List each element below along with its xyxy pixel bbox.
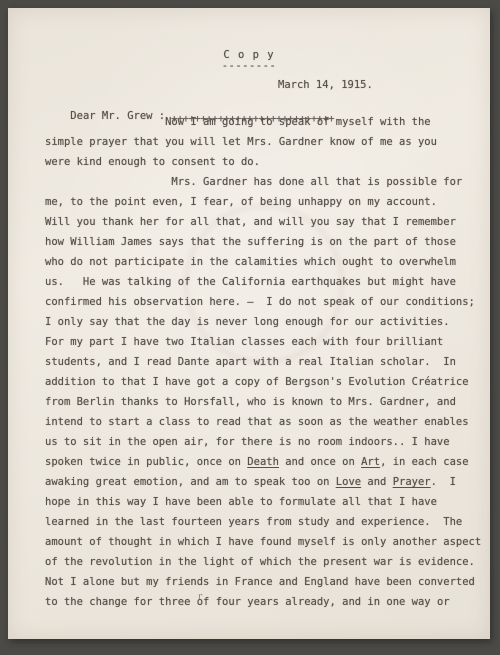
underlined-word: Love <box>336 476 361 488</box>
letter-line: learned in the last fourteen years from … <box>45 512 485 532</box>
letter-line: of the revolution in the light of which … <box>45 552 485 572</box>
letter-line: to the change for three ofr four years a… <box>45 592 485 612</box>
letter-line: hope in this way I have been able to for… <box>45 492 485 512</box>
letter-line: confirmed his observation here. — I do n… <box>45 292 485 312</box>
letter-line: amount of thought in which I have found … <box>45 532 485 552</box>
letter-line: how William James says that the sufferin… <box>45 232 485 252</box>
copy-heading-underline: -------- <box>8 60 490 72</box>
letter-line: me, to the point even, I fear, of being … <box>45 192 485 212</box>
underlined-word: Prayer <box>393 476 431 488</box>
letter-line: us. He was talking of the California ear… <box>45 272 485 292</box>
letter-line: simple prayer that you will let Mrs. Gar… <box>45 132 485 152</box>
letter-line: intend to start a class to read that as … <box>45 412 485 432</box>
scan-background: { "colors": { "background": "#4b4a47", "… <box>0 0 500 655</box>
letter-line: students, and I read Dante apart with a … <box>45 352 485 372</box>
letter-line: spoken twice in public, once on Death an… <box>45 452 485 472</box>
underlined-word: Death <box>247 456 279 468</box>
letter-line: Now I am going to speak of myself with t… <box>45 112 485 132</box>
letter-page: C o p y -------- March 14, 1915. Dear Mr… <box>8 8 490 639</box>
letter-line: who do not participate in the calamities… <box>45 252 485 272</box>
letter-line: Mrs. Gardner has done all that is possib… <box>45 172 485 192</box>
letter-date: March 14, 1915. <box>278 79 373 91</box>
letter-body: Now I am going to speak of myself with t… <box>45 112 485 612</box>
letter-line: I only say that the day is never long en… <box>45 312 485 332</box>
letter-line: us to sit in the open air, for there is … <box>45 432 485 452</box>
letter-line: were kind enough to consent to do. <box>45 152 485 172</box>
letter-line: Will you thank her for all that, and wil… <box>45 212 485 232</box>
letter-line: from Berlin thanks to Horsfall, who is k… <box>45 392 485 412</box>
letter-line: For my part I have two Italian classes e… <box>45 332 485 352</box>
letter-line: Not I alone but my friends in France and… <box>45 572 485 592</box>
underlined-word: Art <box>361 456 380 468</box>
letter-line: awaking great emotion, and am to speak t… <box>45 472 485 492</box>
letter-line: addition to that I have got a copy of Be… <box>45 372 485 392</box>
